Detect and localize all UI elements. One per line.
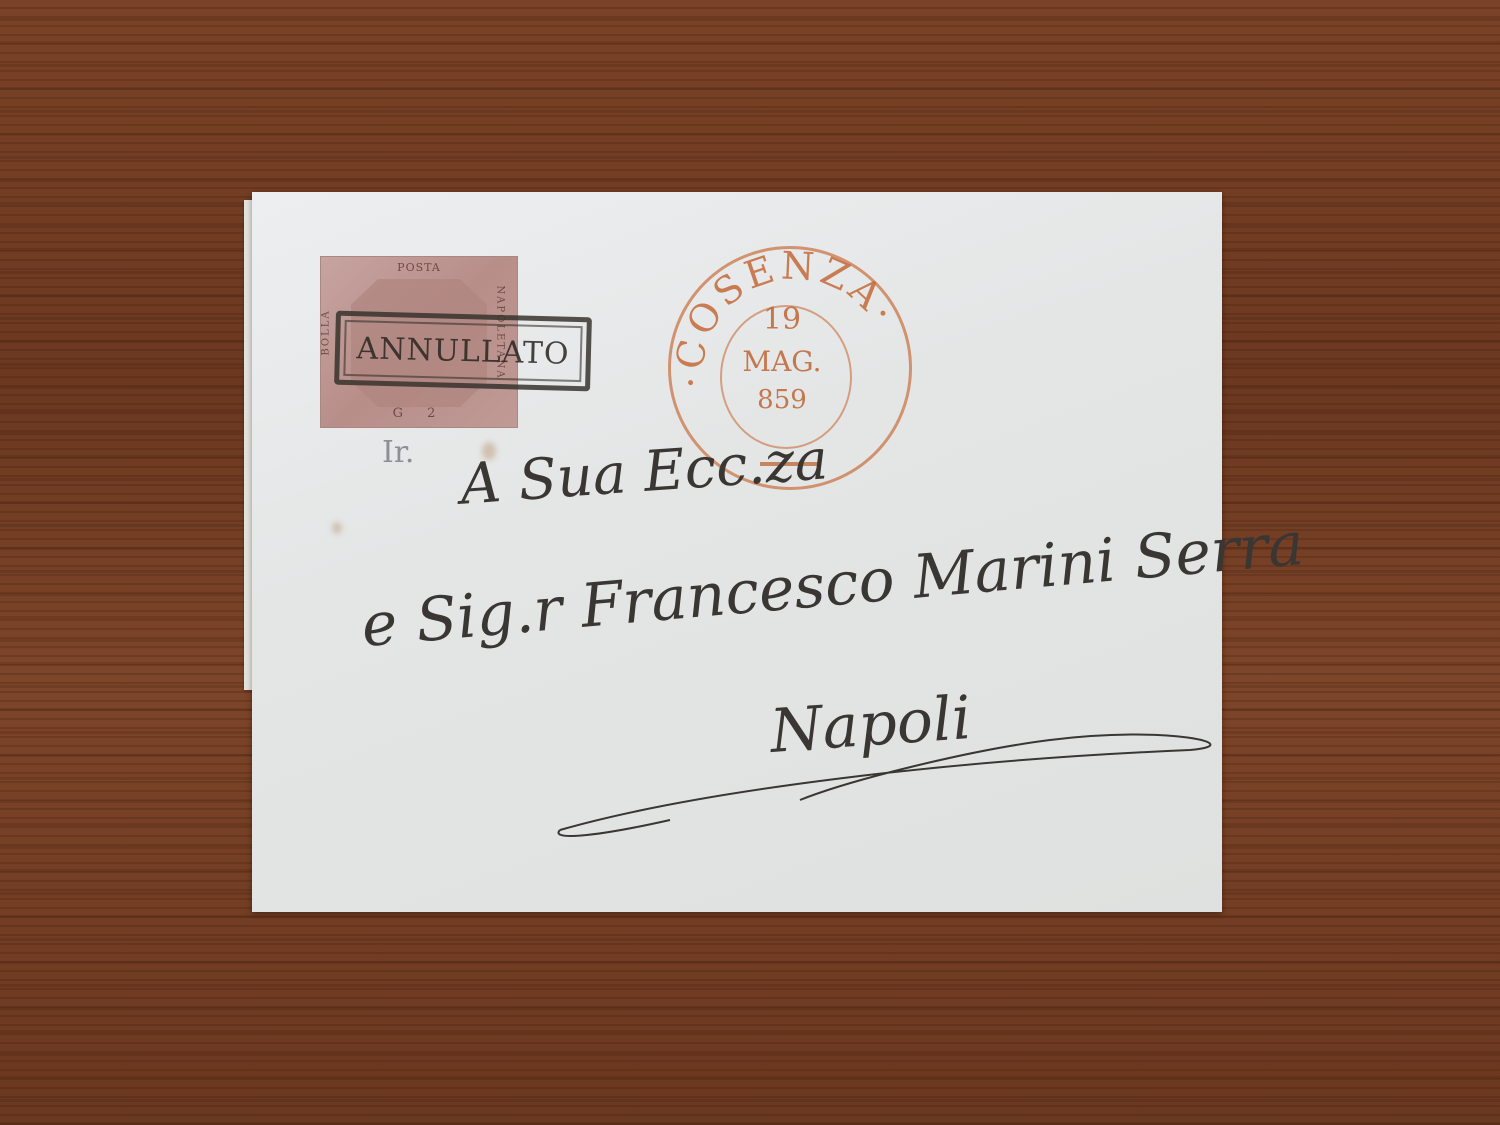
signature-flourish [550, 690, 1230, 840]
stamp-top-text: POSTA [321, 261, 517, 274]
annullato-cancellation: ANNULLATO [334, 311, 592, 392]
stamp-value: G 2 [321, 406, 517, 421]
foxing-spot [332, 522, 342, 534]
postmark-month: MAG. [722, 345, 842, 378]
pencil-notation: Ir. [382, 435, 414, 470]
postmark-year: 859 [722, 385, 842, 415]
postmark-day: 19 [722, 302, 842, 337]
stamp-left-text: BOLLA [321, 309, 332, 355]
cancellation-text: ANNULLATO [356, 331, 570, 372]
